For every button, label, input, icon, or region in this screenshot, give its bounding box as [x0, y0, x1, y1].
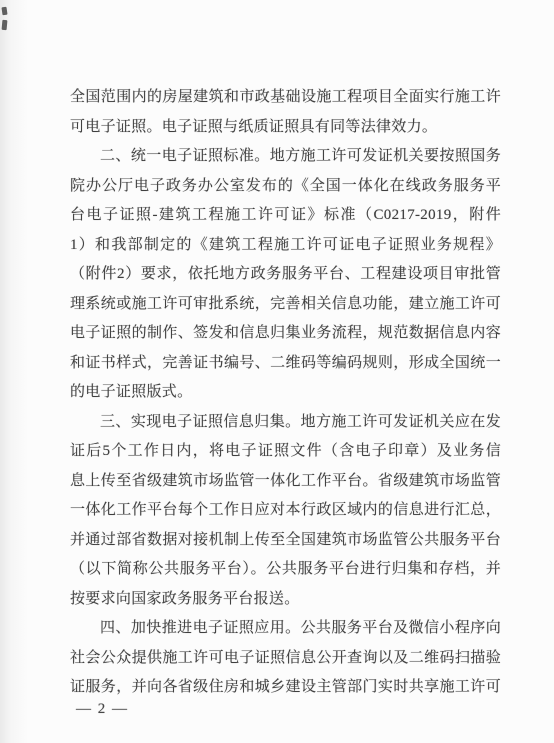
page-number: — 2 — [76, 699, 129, 719]
text-line: （以下简称公共服务平台）。公共服务平台进行归集和存档，并 [70, 555, 501, 585]
text-line: 1）和我部制定的《建筑工程施工许可证电子证照业务规程》 [70, 231, 501, 261]
text-line: （附件2）要求，依托地方政务服务平台、工程建设项目审批管 [70, 260, 501, 290]
text-line: 四、加快推进电子证照应用。公共服务平台及微信小程序向 [70, 614, 501, 644]
text-line: 的电子证照版式。 [70, 378, 501, 408]
text-line: 院办公厅电子政务办公室发布的《全国一体化在线政务服务平 [70, 172, 501, 202]
scan-edge-shadow [0, 0, 30, 743]
text-line: 息上传至省级建筑市场监管一体化工作平台。省级建筑市场监管 [70, 467, 501, 497]
document-body: 全国范围内的房屋建筑和市政基础设施工程项目全面实行施工许 可电子证照。电子证照与… [70, 83, 501, 703]
text-line: 二、统一电子证照标准。地方施工许可发证机关要按照国务 [70, 142, 501, 172]
text-line: 全国范围内的房屋建筑和市政基础设施工程项目全面实行施工许 [70, 83, 501, 113]
text-line: 电子证照的制作、签发和信息归集业务流程，规范数据信息内容 [70, 319, 501, 349]
text-line: 三、实现电子证照信息归集。地方施工许可发证机关应在发 [70, 408, 501, 438]
text-line: 台电子证照-建筑工程施工许可证》标准（C0217-2019，附件 [70, 201, 501, 231]
text-line: 一体化工作平台每个工作日应对本行政区域内的信息进行汇总， [70, 496, 501, 526]
text-line: 理系统或施工许可审批系统，完善相关信息功能，建立施工许可 [70, 290, 501, 320]
text-line: 证后5个工作日内，将电子证照文件（含电子印章）及业务信 [70, 437, 501, 467]
text-line: 证服务，并向各省级住房和城乡建设主管部门实时共享施工许可 [70, 673, 501, 703]
scan-artifact-mark [2, 20, 8, 30]
scan-artifact-mark [1, 7, 7, 16]
document-page: 全国范围内的房屋建筑和市政基础设施工程项目全面实行施工许 可电子证照。电子证照与… [0, 0, 554, 743]
text-line: 和证书样式，完善证书编号、二维码等编码规则，形成全国统一 [70, 349, 501, 379]
text-line: 社会公众提供施工许可电子证照信息公开查询以及二维码扫描验 [70, 644, 501, 674]
text-line: 可电子证照。电子证照与纸质证照具有同等法律效力。 [70, 113, 501, 143]
text-line: 按要求向国家政务服务平台报送。 [70, 585, 501, 615]
text-line: 并通过部省数据对接机制上传至全国建筑市场监管公共服务平台 [70, 526, 501, 556]
